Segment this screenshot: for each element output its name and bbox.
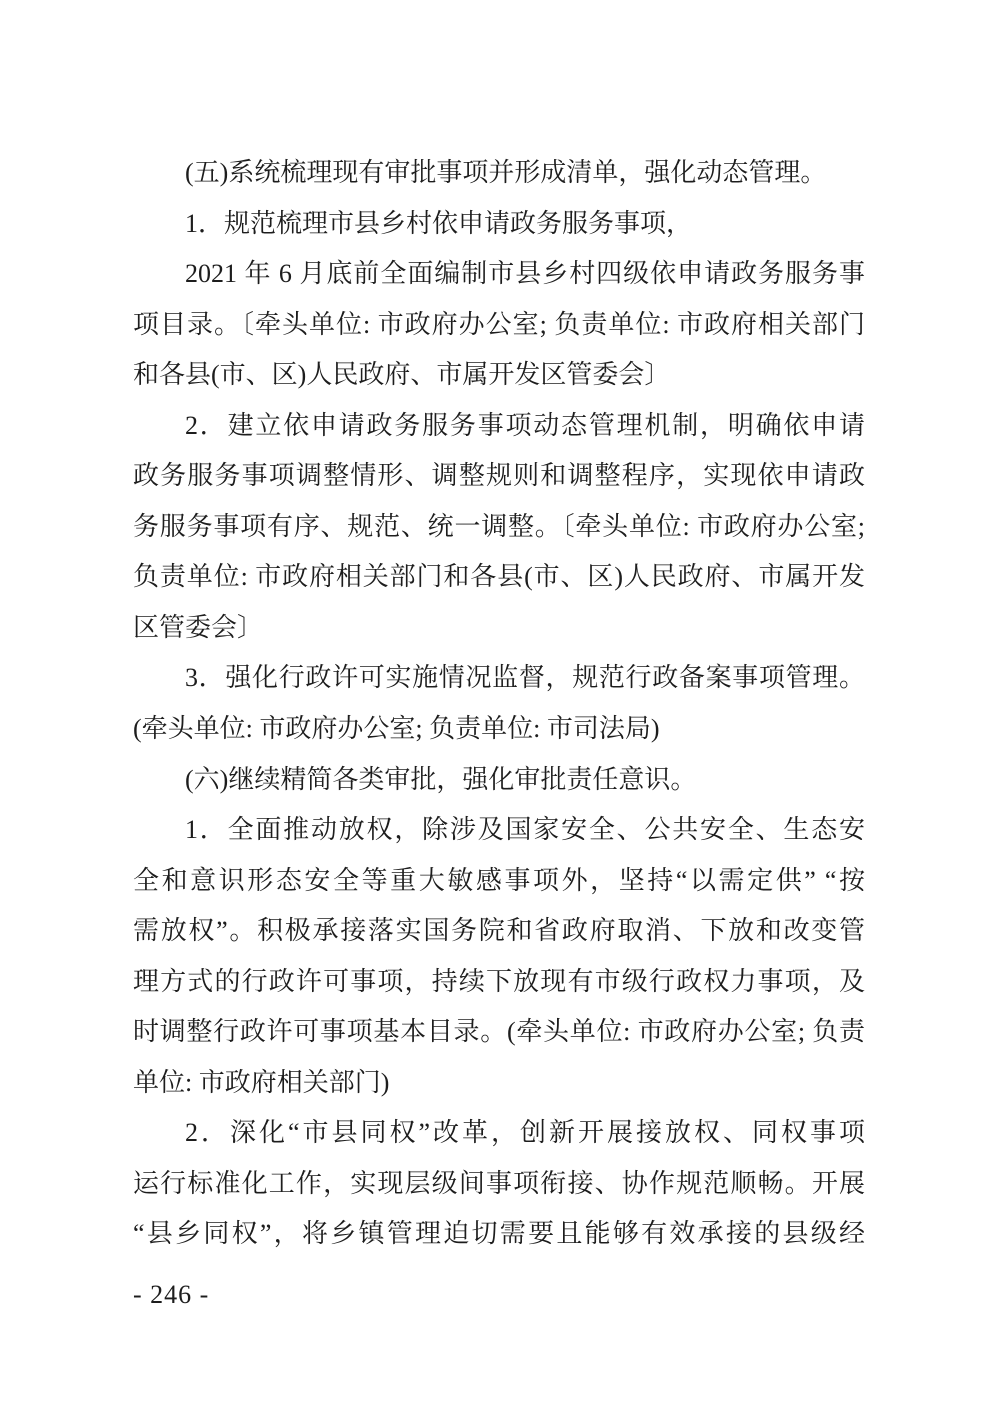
document-body: (五)系统梳理现有审批事项并形成清单，强化动态管理。1．规范梳理市县乡村依申请政… bbox=[133, 148, 865, 1260]
text-line: 1．规范梳理市县乡村依申请政务服务事项， bbox=[133, 199, 865, 250]
document-page: (五)系统梳理现有审批事项并形成清单，强化动态管理。1．规范梳理市县乡村依申请政… bbox=[0, 0, 1000, 1414]
text-line: 1．全面推动放权，除涉及国家安全、公共安全、生态安 bbox=[133, 805, 865, 856]
text-line: 区管委会〕 bbox=[133, 603, 865, 654]
text-line: 3．强化行政许可实施情况监督，规范行政备案事项管理。 bbox=[133, 653, 865, 704]
text-line: (六)继续精简各类审批，强化审批责任意识。 bbox=[133, 755, 865, 806]
text-line: 2021 年 6 月底前全面编制市县乡村四级依申请政务服务事 bbox=[133, 249, 865, 300]
text-line: 政务服务事项调整情形、调整规则和调整程序，实现依申请政 bbox=[133, 451, 865, 502]
text-line: 2．深化“市县同权”改革，创新开展接放权、同权事项 bbox=[133, 1108, 865, 1159]
text-line: (五)系统梳理现有审批事项并形成清单，强化动态管理。 bbox=[133, 148, 865, 199]
page-number: - 246 - bbox=[133, 1282, 209, 1308]
text-line: 单位: 市政府相关部门) bbox=[133, 1058, 865, 1109]
text-line: 2．建立依申请政务服务事项动态管理机制，明确依申请 bbox=[133, 401, 865, 452]
text-line: 负责单位: 市政府相关部门和各县(市、区)人民政府、市属开发 bbox=[133, 552, 865, 603]
text-line: 全和意识形态安全等重大敏感事项外，坚持“以需定供” “按 bbox=[133, 856, 865, 907]
text-line: “县乡同权”，将乡镇管理迫切需要且能够有效承接的县级经 bbox=[133, 1209, 865, 1260]
text-line: 理方式的行政许可事项，持续下放现有市级行政权力事项，及 bbox=[133, 957, 865, 1008]
text-line: 项目录。〔牵头单位: 市政府办公室; 负责单位: 市政府相关部门 bbox=[133, 300, 865, 351]
text-line: (牵头单位: 市政府办公室; 负责单位: 市司法局) bbox=[133, 704, 865, 755]
text-line: 需放权”。积极承接落实国务院和省政府取消、下放和改变管 bbox=[133, 906, 865, 957]
text-line: 和各县(市、区)人民政府、市属开发区管委会〕 bbox=[133, 350, 865, 401]
text-line: 时调整行政许可事项基本目录。(牵头单位: 市政府办公室; 负责 bbox=[133, 1007, 865, 1058]
text-line: 务服务事项有序、规范、统一调整。〔牵头单位: 市政府办公室; bbox=[133, 502, 865, 553]
text-line: 运行标准化工作，实现层级间事项衔接、协作规范顺畅。开展 bbox=[133, 1159, 865, 1210]
